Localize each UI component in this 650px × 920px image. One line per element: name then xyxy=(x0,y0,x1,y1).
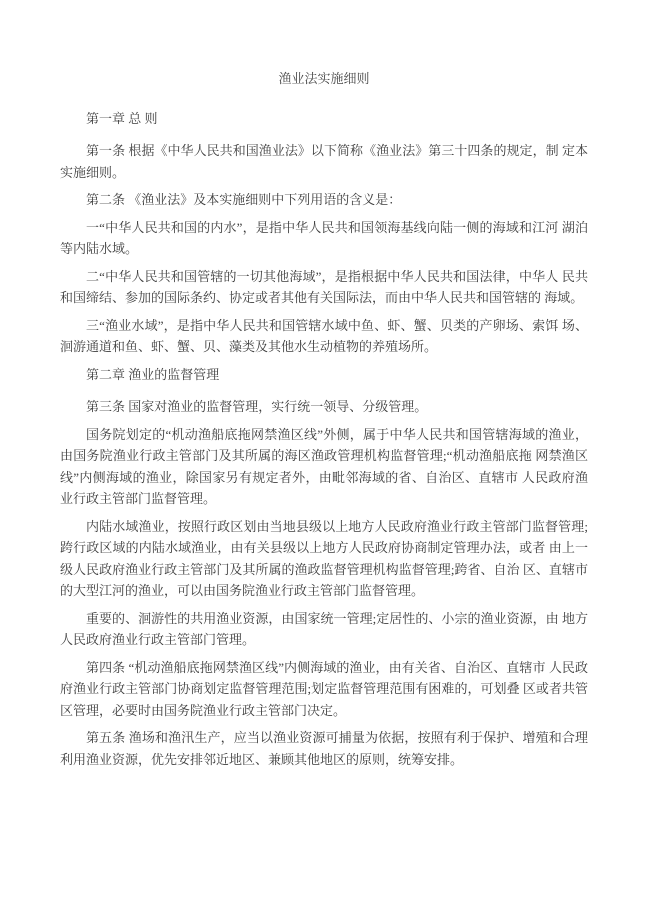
paragraph: 国务院划定的“机动渔船底拖网禁渔区线”外侧，属于中华人民共和国管辖海域的渔业，由… xyxy=(60,424,588,510)
document-body: 第一章 总 则第一条 根据《中华人民共和国渔业法》以下简称《渔业法》第三十四条的… xyxy=(60,108,588,771)
chapter-heading: 第二章 渔业的监督管理 xyxy=(60,364,588,386)
chapter-heading: 第一章 总 则 xyxy=(60,108,588,130)
paragraph: 第四条 “机动渔船底拖网禁渔区线”内侧海域的渔业，由有关省、自治区、直辖市 人民… xyxy=(60,657,588,722)
paragraph: 第五条 渔场和渔汛生产，应当以渔业资源可捕量为依据，按照有利于保护、增殖和合理利… xyxy=(60,727,588,770)
paragraph: 第三条 国家对渔业的监督管理，实行统一领导、分级管理。 xyxy=(60,396,588,418)
paragraph: 重要的、洄游性的共用渔业资源，由国家统一管理;定居性的、小宗的渔业资源，由 地方… xyxy=(60,608,588,651)
paragraph: 第二条 《渔业法》及本实施细则中下列用语的含义是： xyxy=(60,189,588,211)
paragraph: 第一条 根据《中华人民共和国渔业法》以下简称《渔业法》第三十四条的规定，制 定本… xyxy=(60,140,588,183)
document-page: 渔业法实施细则 第一章 总 则第一条 根据《中华人民共和国渔业法》以下简称《渔业… xyxy=(0,0,650,920)
document-title: 渔业法实施细则 xyxy=(60,68,588,90)
paragraph: 一“中华人民共和国的内水”，是指中华人民共和国领海基线向陆一侧的海域和江河 湖泊… xyxy=(60,217,588,260)
paragraph: 三“渔业水域”，是指中华人民共和国管辖水域中鱼、虾、蟹、贝类的产卵场、索饵 场、… xyxy=(60,315,588,358)
paragraph: 二“中华人民共和国管辖的一切其他海域”，是指根据中华人民共和国法律，中华人 民共… xyxy=(60,266,588,309)
paragraph: 内陆水域渔业，按照行政区划由当地县级以上地方人民政府渔业行政主管部门监督管理;跨… xyxy=(60,516,588,602)
